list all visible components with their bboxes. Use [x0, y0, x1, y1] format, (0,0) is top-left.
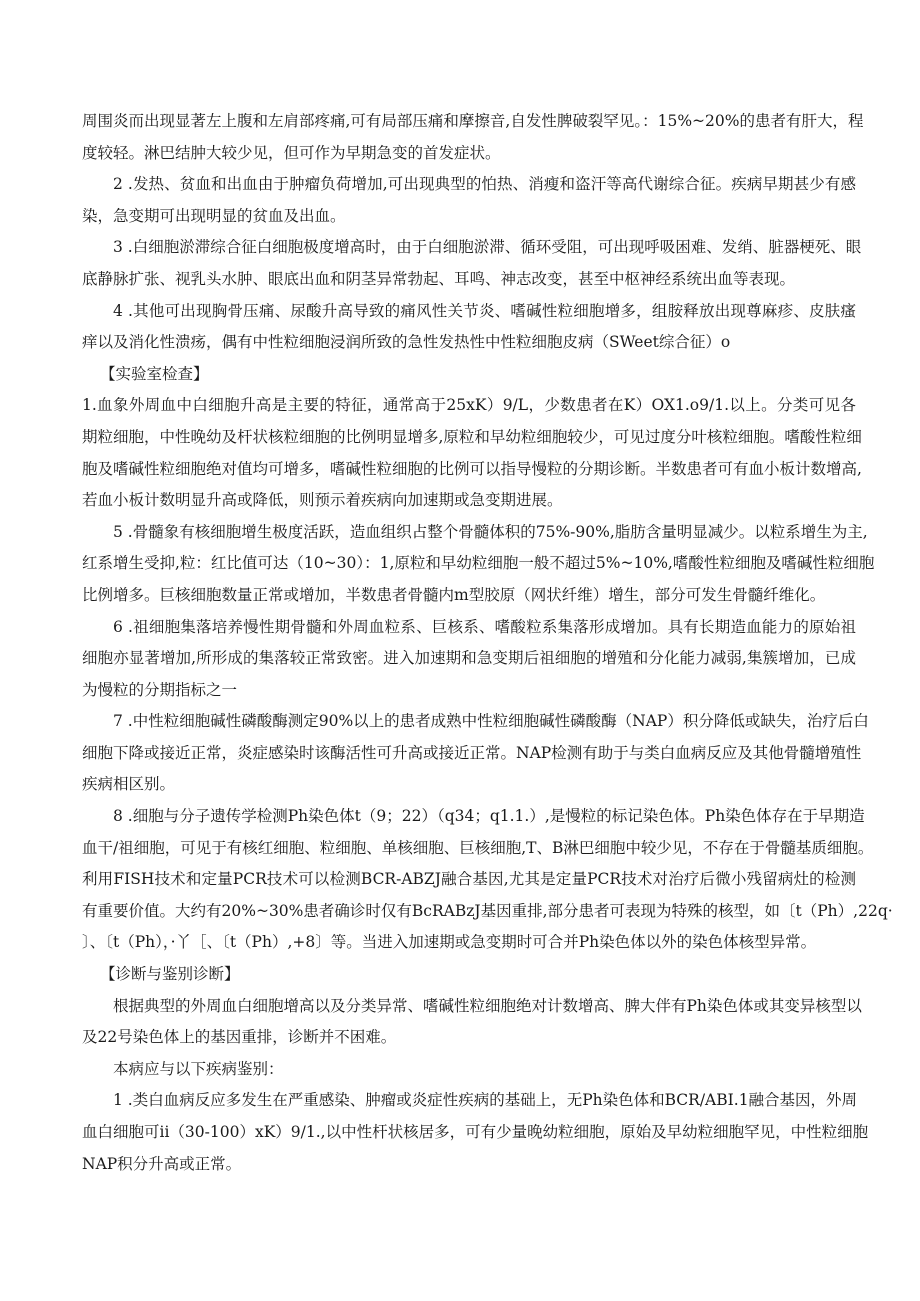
- paragraph: 6 .祖细胞集落培养慢性期骨髓和外周血粒系、巨核系、嗜酸粒系集落形成增加。具有长…: [82, 614, 856, 709]
- text-line: 比例增多。巨核细胞数量正常或增加，半数患者骨髓内m型胶原（网状纤维）增生，部分可…: [82, 582, 856, 614]
- text-line: 期粒细胞，中性晚幼及杆状核粒细胞的比例明显增多,原粒和早幼粒细胞较少，可见过度分…: [82, 424, 856, 456]
- text-line: 1.血象外周血中白细胞升高是主要的特征，通常高于25xK）9/L，少数患者在K）…: [82, 392, 856, 424]
- paragraph: 2 .发热、贫血和出血由于肿瘤负荷增加,可出现典型的怕热、消瘦和盗汗等高代谢综合…: [82, 171, 856, 234]
- text-line: 有重要价值。大约有20%~30%患者确诊时仅有BcRABzJ基因重排,部分患者可…: [82, 898, 856, 930]
- text-line: 细胞亦显著增加,所形成的集落较正常致密。进入加速期和急变期后祖细胞的增殖和分化能…: [82, 645, 856, 677]
- paragraph: 本病应与以下疾病鉴别：: [82, 1056, 856, 1088]
- text-line: 底静脉扩张、视乳头水肿、眼底出血和阴茎异常勃起、耳鸣、神志改变，甚至中枢神经系统…: [82, 266, 856, 298]
- heading-text: 【诊断与鉴别诊断】: [82, 961, 856, 993]
- paragraph: 5 .骨髓象有核细胞增生极度活跃，造血组织占整个骨髓体积的75%-90%,脂肪含…: [82, 519, 856, 614]
- text-line: 周围炎而出现显著左上腹和左肩部疼痛,可有局部压痛和摩擦音,自发性脾破裂罕见。：1…: [82, 108, 856, 140]
- text-line: 3 .白细胞淤滞综合征白细胞极度增高时，由于白细胞淤滞、循环受阻，可出现呼吸困难…: [82, 234, 856, 266]
- text-line: NAP积分升高或正常。: [82, 1151, 856, 1183]
- text-line: 5 .骨髓象有核细胞增生极度活跃，造血组织占整个骨髓体积的75%-90%,脂肪含…: [82, 519, 856, 551]
- paragraph: 根据典型的外周血白细胞增高以及分类异常、嗜碱性粒细胞绝对计数增高、脾大伴有Ph染…: [82, 993, 856, 1056]
- paragraph: 周围炎而出现显著左上腹和左肩部疼痛,可有局部压痛和摩擦音,自发性脾破裂罕见。：1…: [82, 108, 856, 171]
- text-line: 及22号染色体上的基因重排，诊断并不困难。: [82, 1024, 856, 1056]
- paragraph: 7 .中性粒细胞碱性磷酸酶测定90%以上的患者成熟中性粒细胞碱性磷酸酶（NAP）…: [82, 708, 856, 803]
- text-line: 血干/祖细胞，可见于有核红细胞、粒细胞、单核细胞、巨核细胞,T、B淋巴细胞中较少…: [82, 835, 856, 867]
- section-heading: 【实验室检查】: [82, 361, 856, 393]
- section-heading: 【诊断与鉴别诊断】: [82, 961, 856, 993]
- text-line: 8 .细胞与分子遗传学检测Ph染色体t（9；22）（q34；q1.1.）,是慢粒…: [82, 803, 856, 835]
- paragraph: 3 .白细胞淤滞综合征白细胞极度增高时，由于白细胞淤滞、循环受阻，可出现呼吸困难…: [82, 234, 856, 297]
- paragraph: 1 .类白血病反应多发生在严重感染、肿瘤或炎症性疾病的基础上，无Ph染色体和BC…: [82, 1087, 856, 1182]
- text-line: 4 .其他可出现胸骨压痛、尿酸升高导致的痛风性关节炎、嗜碱性粒细胞增多，组胺释放…: [82, 298, 856, 330]
- text-line: 7 .中性粒细胞碱性磷酸酶测定90%以上的患者成熟中性粒细胞碱性磷酸酶（NAP）…: [82, 708, 856, 740]
- text-line: 疾病相区别。: [82, 771, 856, 803]
- paragraph: 4 .其他可出现胸骨压痛、尿酸升高导致的痛风性关节炎、嗜碱性粒细胞增多，组胺释放…: [82, 298, 856, 361]
- document-page: 周围炎而出现显著左上腹和左肩部疼痛,可有局部压痛和摩擦音,自发性脾破裂罕见。：1…: [82, 108, 856, 1182]
- text-line: 痒以及消化性溃疡，偶有中性粒细胞浸润所致的急性发热性中性粒细胞皮病（SWeet综…: [82, 329, 856, 361]
- text-line: 胞及嗜碱性粒细胞绝对值均可增多，嗜碱性粒细胞的比例可以指导慢粒的分期诊断。半数患…: [82, 456, 856, 488]
- text-line: 红系增生受抑,粒：红比值可达（10~30）：1,原粒和早幼粒细胞一般不超过5%~…: [82, 550, 856, 582]
- text-line: 2 .发热、贫血和出血由于肿瘤负荷增加,可出现典型的怕热、消瘦和盗汗等高代谢综合…: [82, 171, 856, 203]
- text-line: 染，急变期可出现明显的贫血及出血。: [82, 203, 856, 235]
- text-line: 6 .祖细胞集落培养慢性期骨髓和外周血粒系、巨核系、嗜酸粒系集落形成增加。具有长…: [82, 614, 856, 646]
- text-line: 细胞下降或接近正常，炎症感染时该酶活性可升高或接近正常。NAP检测有助于与类白血…: [82, 740, 856, 772]
- text-line: 若血小板计数明显升高或降低，则预示着疾病向加速期或急变期进展。: [82, 487, 856, 519]
- text-line: 利用FISH技术和定量PCR技术可以检测BCR-ABZJ融合基因,尤其是定量PC…: [82, 866, 856, 898]
- heading-text: 【实验室检查】: [82, 361, 856, 393]
- paragraph: 8 .细胞与分子遗传学检测Ph染色体t（9；22）（q34；q1.1.）,是慢粒…: [82, 803, 856, 961]
- text-line: 度较轻。淋巴结肿大较少见，但可作为早期急变的首发症状。: [82, 140, 856, 172]
- text-line: 〕、〔t（Ph），·丫［、〔t（Ph）,+8〕等。当进入加速期或急变期时可合并P…: [82, 929, 856, 961]
- text-line: 本病应与以下疾病鉴别：: [82, 1056, 856, 1088]
- paragraph: 1.血象外周血中白细胞升高是主要的特征，通常高于25xK）9/L，少数患者在K）…: [82, 392, 856, 518]
- text-line: 根据典型的外周血白细胞增高以及分类异常、嗜碱性粒细胞绝对计数增高、脾大伴有Ph染…: [82, 993, 856, 1025]
- text-line: 为慢粒的分期指标之一: [82, 677, 856, 709]
- text-line: 1 .类白血病反应多发生在严重感染、肿瘤或炎症性疾病的基础上，无Ph染色体和BC…: [82, 1087, 856, 1119]
- text-line: 血白细胞可ii（30-100）xK）9/1.,以中性杆状核居多，可有少量晚幼粒细…: [82, 1119, 856, 1151]
